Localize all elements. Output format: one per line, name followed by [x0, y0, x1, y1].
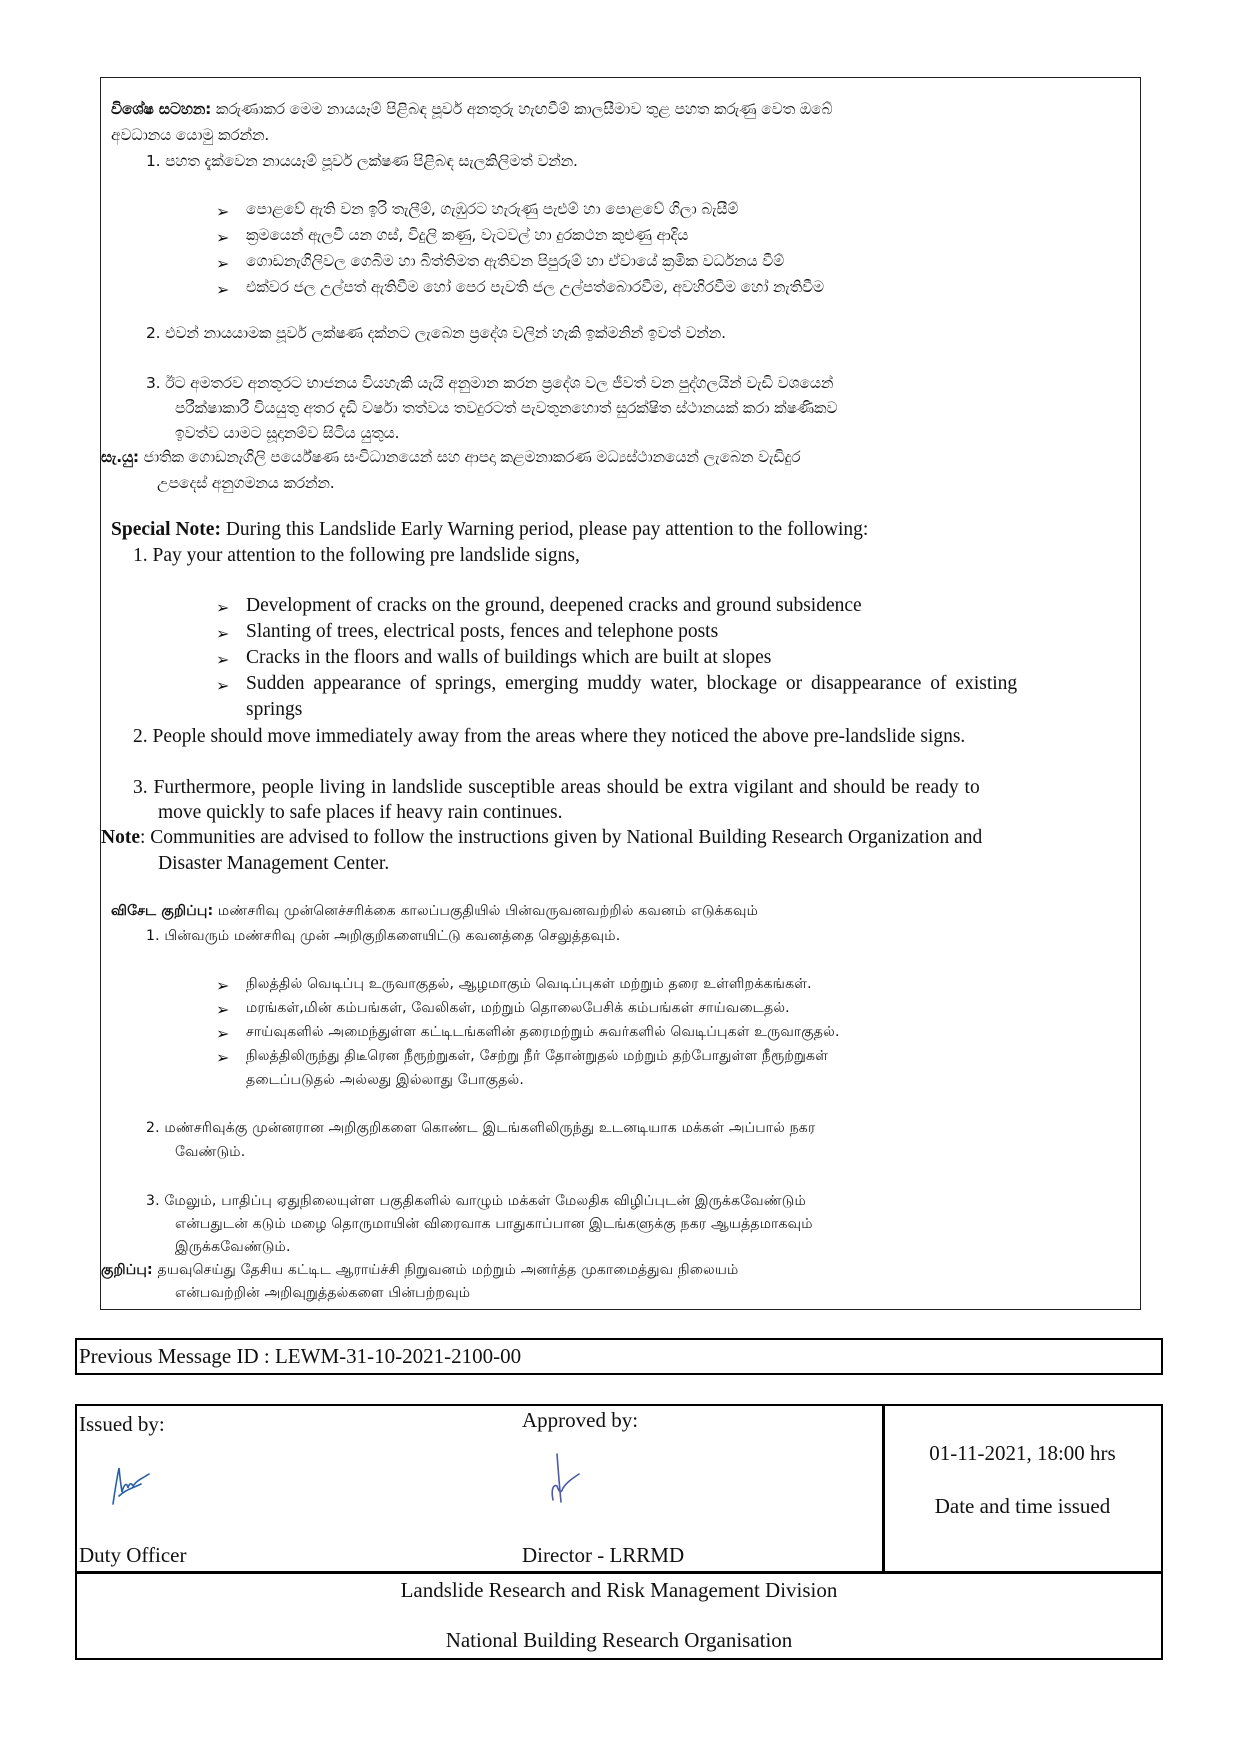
tamil-bullet: நிலத்தில் வெடிப்பு உருவாகுதல், ஆழமாகும் …: [246, 976, 812, 994]
tamil-item-2: 2. மண்சரிவுக்கு முன்னரான அறிகுறிகளை கொண்…: [146, 1120, 815, 1138]
bullet-arrow-icon: ➢: [216, 254, 229, 274]
sinhala-heading-text: කරුණාකර මෙම නායයෑම් පිළිබඳ පූර්ව අනතුරු …: [211, 100, 832, 118]
division-name: Landslide Research and Risk Management D…: [77, 1578, 1161, 1603]
english-bullet: Sudden appearance of springs, emerging m…: [246, 673, 1017, 695]
english-bullet: Development of cracks on the ground, dee…: [246, 595, 862, 617]
sinhala-note-label: සැ.යු:: [101, 448, 139, 466]
english-note-label: Note: [101, 827, 140, 848]
bullet-arrow-icon: ➢: [216, 1000, 229, 1020]
sinhala-bullet: පොළවේ ඇති වන ඉරි තැලීම්, ගැඹුරට හැරුණු ප…: [246, 200, 738, 219]
english-heading-label: Special Note:: [111, 519, 221, 540]
bullet-arrow-icon: ➢: [216, 280, 229, 300]
row-divider: [77, 1571, 1161, 1574]
sinhala-note-text: ජාතික ගොඩනැගිලි පර්යේෂණ සංවිධානයෙන් සහ ආ…: [139, 448, 801, 466]
bullet-arrow-icon: ➢: [216, 650, 229, 670]
bullet-arrow-icon: ➢: [216, 228, 229, 248]
tamil-note-cont: என்பவற்றின் அறிவுறுத்தல்களை பின்பற்றவும்: [175, 1285, 470, 1303]
sinhala-heading: විශේෂ සටහන: කරුණාකර මෙම නායයෑම් පිළිබඳ ප…: [111, 100, 832, 119]
bullet-arrow-icon: ➢: [216, 1024, 229, 1044]
tamil-note-label: குறிப்பு:: [101, 1262, 153, 1278]
sinhala-item-2: 2. එවන් නායයාමක පූර්ව ලක්ෂණ දක්නට ලැබෙන …: [146, 324, 726, 343]
english-note: Note: Communities are advised to follow …: [101, 827, 982, 849]
issued-by-role: Duty Officer: [79, 1543, 187, 1568]
sinhala-bullet: එක්වර ජල උල්පත් ඇතිවීම හෝ පෙර පැවති ජල උ…: [246, 278, 824, 297]
english-heading-text: During this Landslide Early Warning peri…: [221, 519, 868, 540]
english-item-3-cont: move quickly to safe places if heavy rai…: [158, 802, 563, 824]
tamil-item-2-cont: வேண்டும்.: [175, 1144, 245, 1162]
tamil-bullet: நிலத்திலிருந்து திடீரென நீரூற்றுகள், சேற…: [246, 1048, 828, 1066]
english-bullet: Cracks in the floors and walls of buildi…: [246, 647, 771, 669]
tamil-note: குறிப்பு: தயவுசெய்து தேசிய கட்டிட ஆராய்ச…: [101, 1262, 739, 1280]
signoff-table: Issued by: Duty Officer Approved by: Dir…: [75, 1404, 1163, 1660]
sinhala-item-3-cont: පරීක්ෂාකාරී වියයුතු අතර දැඩි වර්ෂා තත්වය…: [175, 399, 837, 418]
previous-message-id: Previous Message ID : LEWM-31-10-2021-21…: [75, 1338, 1163, 1375]
tamil-heading-label: விசேட குறிப்பு:: [111, 903, 213, 919]
bullet-arrow-icon: ➢: [216, 598, 229, 618]
sinhala-bullet: ක්‍රමයෙන් ඇලවී යන ගස්, විදුලි කණු, වැටවල…: [246, 226, 688, 245]
issued-by-label: Issued by:: [79, 1412, 165, 1437]
bullet-arrow-icon: ➢: [216, 976, 229, 996]
organisation-name: National Building Research Organisation: [77, 1628, 1161, 1653]
bullet-arrow-icon: ➢: [216, 1048, 229, 1068]
sinhala-note: සැ.යු: ජාතික ගොඩනැගිලි පර්යේෂණ සංවිධානයෙ…: [101, 448, 800, 467]
duty-officer-signature-icon: [105, 1460, 155, 1508]
english-heading: Special Note: During this Landslide Earl…: [111, 519, 868, 541]
column-divider: [882, 1406, 885, 1572]
tamil-bullet-cont: தடைப்படுதல் அல்லது இல்லாது போகுதல்.: [246, 1072, 524, 1090]
english-bullet-cont: springs: [246, 699, 302, 721]
tamil-bullet: சாய்வுகளில் அமைந்துள்ள கட்டிடங்களின் தரை…: [246, 1024, 840, 1042]
approved-by-role: Director - LRRMD: [522, 1543, 684, 1568]
english-item-3: 3. Furthermore, people living in landsli…: [133, 777, 980, 799]
sinhala-bullet: ගොඩනැගිලිවල ගෙබිම හා බිත්තිමත ඇතිවන පිපු…: [246, 252, 784, 271]
tamil-item-3-cont: இருக்கவேண்டும்.: [175, 1239, 291, 1257]
bullet-arrow-icon: ➢: [216, 624, 229, 644]
tamil-bullet: மரங்கள்,மின் கம்பங்கள், வேலிகள், மற்றும்…: [246, 1000, 790, 1018]
approved-by-label: Approved by:: [522, 1408, 638, 1433]
director-signature-icon: [539, 1450, 583, 1506]
tamil-item-1: 1. பின்வரும் மண்சரிவு முன் அறிகுறிகளையிட…: [146, 928, 620, 946]
bullet-arrow-icon: ➢: [216, 676, 229, 696]
english-note-text: : Communities are advised to follow the …: [140, 827, 982, 848]
sinhala-note-cont: උපදෙස් අනුගමනය කරන්න.: [157, 474, 335, 493]
issue-datetime: 01-11-2021, 18:00 hrs: [885, 1441, 1160, 1466]
english-item-2: 2. People should move immediately away f…: [133, 726, 965, 748]
notice-box: විශේෂ සටහන: කරුණාකර මෙම නායයෑම් පිළිබඳ ප…: [100, 77, 1141, 1310]
sinhala-item-3: 3. ඊට අමතරව අනතුරට භාජනය වියහැකි යැයි අන…: [146, 374, 833, 393]
sinhala-heading-cont: අවධානය යොමු කරන්න.: [111, 126, 269, 145]
english-item-1: 1. Pay your attention to the following p…: [133, 545, 580, 567]
sinhala-heading-label: විශේෂ සටහන:: [111, 100, 211, 118]
english-note-cont: Disaster Management Center.: [158, 853, 389, 875]
sinhala-item-3-cont: ඉවත්ව යාමට සූදානම්ව සිටිය යුතුය.: [175, 424, 399, 443]
english-bullet: Slanting of trees, electrical posts, fen…: [246, 621, 718, 643]
tamil-note-text: தயவுசெய்து தேசிய கட்டிட ஆராய்ச்சி நிறுவன…: [153, 1262, 739, 1278]
tamil-heading-text: மண்சரிவு முன்னெச்சரிக்கை காலப்பகுதியில் …: [213, 903, 758, 919]
bullet-arrow-icon: ➢: [216, 202, 229, 222]
tamil-heading: விசேட குறிப்பு: மண்சரிவு முன்னெச்சரிக்கை…: [111, 903, 758, 921]
issue-datetime-label: Date and time issued: [885, 1494, 1160, 1519]
sinhala-item-1: 1. පහත දැක්වෙන නායයෑම් පූර්ව ලක්ෂණ පිළිබ…: [146, 152, 578, 171]
tamil-item-3-cont: என்பதுடன் கடும் மழை தொருமாயின் விரைவாக ப…: [175, 1216, 813, 1234]
tamil-item-3: 3. மேலும், பாதிப்பு ஏதுநிலையுள்ள பகுதிகள…: [146, 1193, 806, 1211]
